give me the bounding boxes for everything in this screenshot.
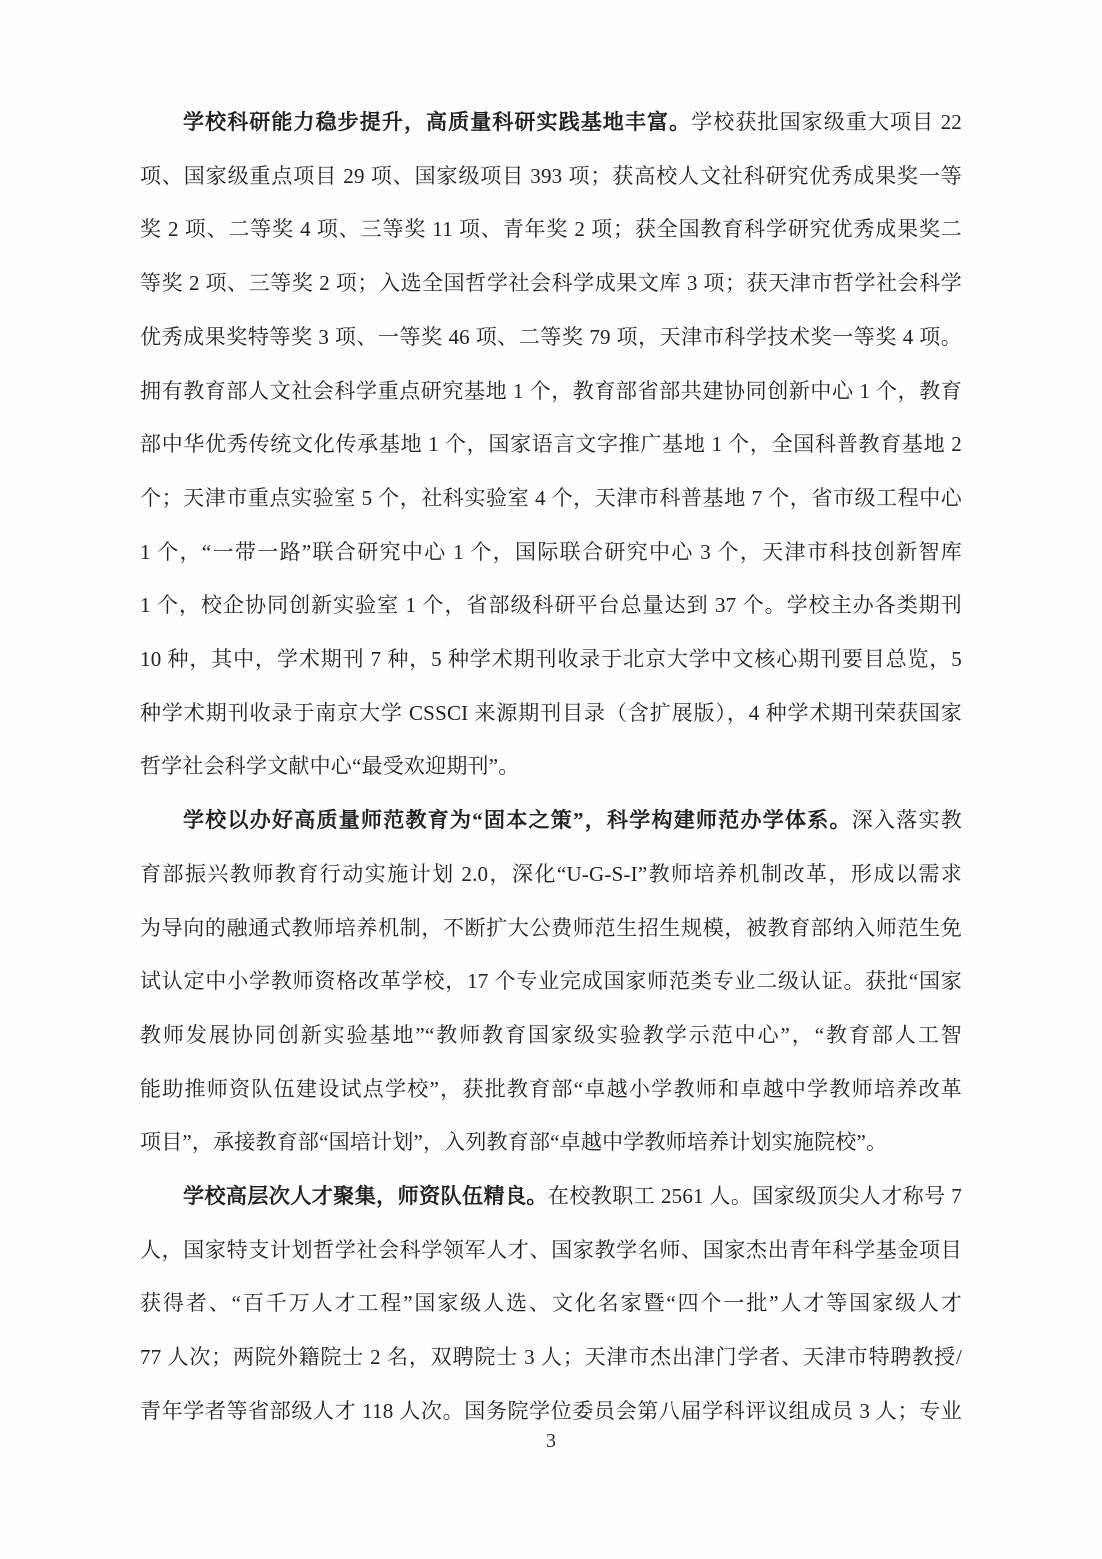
text-line: 获得者、“百千万人才工程”国家级人选、文化名家暨“四个一批”人才等国家级人才 <box>140 1277 962 1331</box>
text-line: 1 个，“一带一路”联合研究中心 1 个，国际联合研究中心 3 个，天津市科技创… <box>140 526 962 580</box>
text-line: 人，国家特支计划哲学社会科学领军人才、国家教学名师、国家杰出青年科学基金项目 <box>140 1224 962 1278</box>
text-line: 优秀成果奖特等奖 3 项、一等奖 46 项、二等奖 79 项，天津市科学技术奖一… <box>140 311 962 365</box>
text-line: 等奖 2 项、三等奖 2 项；入选全国哲学社会科学成果文库 3 项；获天津市哲学… <box>140 257 962 311</box>
text-line: 哲学社会科学文献中心“最受欢迎期刊”。 <box>140 740 962 794</box>
paragraph-lead-bold: 学校以办好高质量师范教育为“固本之策”，科学构建师范办学体系。 <box>183 808 852 832</box>
text-line: 拥有教育部人文社会科学重点研究基地 1 个，教育部省部共建协同创新中心 1 个，… <box>140 365 962 419</box>
text-line: 能助推师资队伍建设试点学校”，获批教育部“卓越小学教师和卓越中学教师培养改革 <box>140 1063 962 1117</box>
text-line: 学校科研能力稳步提升，高质量科研实践基地丰富。学校获批国家级重大项目 22 <box>140 96 962 150</box>
document-text: 学校科研能力稳步提升，高质量科研实践基地丰富。学校获批国家级重大项目 22项、国… <box>140 96 962 1439</box>
text-line: 个；天津市重点实验室 5 个，社科实验室 4 个，天津市科普基地 7 个，省市级… <box>140 472 962 526</box>
text-line: 为导向的融通式教师培养机制，不断扩大公费师范生招生规模，被教育部纳入师范生免 <box>140 902 962 956</box>
text-line: 77 人次；两院外籍院士 2 名，双聘院士 3 人；天津市杰出津门学者、天津市特… <box>140 1331 962 1385</box>
text-line: 教师发展协同创新实验基地”“教师教育国家级实验教学示范中心”，“教育部人工智 <box>140 1009 962 1063</box>
text-line: 学校高层次人才聚集，师资队伍精良。在校教职工 2561 人。国家级顶尖人才称号 … <box>140 1170 962 1224</box>
text-line: 试认定中小学教师资格改革学校，17 个专业完成国家师范类专业二级认证。获批“国家 <box>140 955 962 1009</box>
text-line: 学校以办好高质量师范教育为“固本之策”，科学构建师范办学体系。深入落实教 <box>140 794 962 848</box>
text-line: 1 个，校企协同创新实验室 1 个，省部级科研平台总量达到 37 个。学校主办各… <box>140 579 962 633</box>
text-line: 种学术期刊收录于南京大学 CSSCI 来源期刊目录（含扩展版），4 种学术期刊荣… <box>140 687 962 741</box>
text-line: 项目”，承接教育部“国培计划”，入列教育部“卓越中学教师培养计划实施院校”。 <box>140 1116 962 1170</box>
document-page: 学校科研能力稳步提升，高质量科研实践基地丰富。学校获批国家级重大项目 22项、国… <box>0 0 1102 1559</box>
text-line: 项、国家级重点项目 29 项、国家级项目 393 项；获高校人文社科研究优秀成果… <box>140 150 962 204</box>
paragraph-lead-bold: 学校科研能力稳步提升，高质量科研实践基地丰富。 <box>183 110 691 134</box>
text-line: 育部振兴教师教育行动实施计划 2.0，深化“U-G-S-I”教师培养机制改革，形… <box>140 848 962 902</box>
page-number: 3 <box>0 1426 1102 1456</box>
text-line: 奖 2 项、二等奖 4 项、三等奖 11 项、青年奖 2 项；获全国教育科学研究… <box>140 203 962 257</box>
text-line: 部中华优秀传统文化传承基地 1 个，国家语言文字推广基地 1 个，全国科普教育基… <box>140 418 962 472</box>
paragraph-lead-bold: 学校高层次人才聚集，师资队伍精良。 <box>183 1184 548 1208</box>
text-line: 10 种，其中，学术期刊 7 种，5 种学术期刊收录于北京大学中文核心期刊要目总… <box>140 633 962 687</box>
